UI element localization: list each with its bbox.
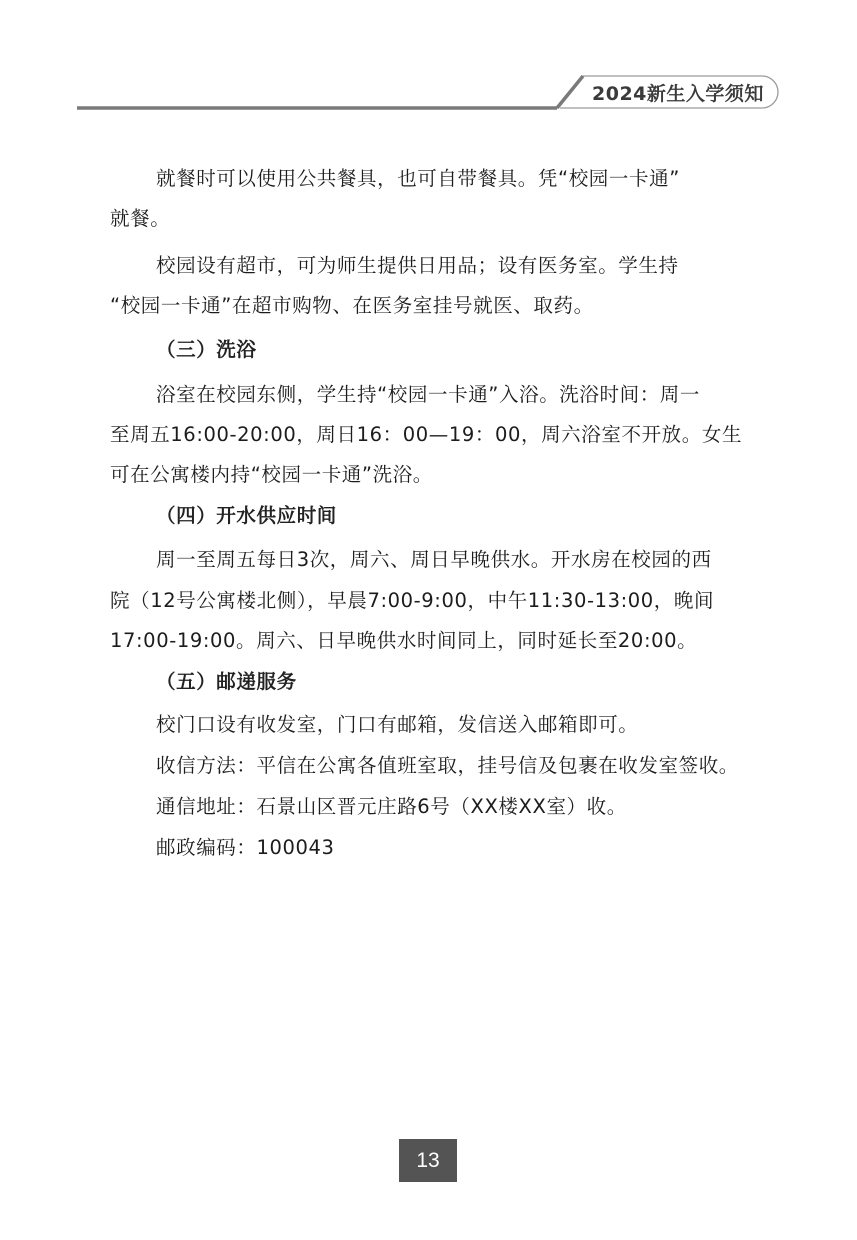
paragraph-line: 浴室在校园东侧，学生持“校园一卡通”入浴。洗浴时间：周一 — [156, 381, 700, 409]
header-decoration — [0, 0, 857, 130]
paragraph-line: 可在公寓楼内持“校园一卡通”洗浴。 — [110, 461, 433, 489]
paragraph-line: 就餐时可以使用公共餐具，也可自带餐具。凭“校园一卡通” — [156, 165, 680, 193]
paragraph-line: 邮政编码：100043 — [156, 834, 335, 862]
paragraph-line: 周一至周五每日3次，周六、周日早晚供水。开水房在校园的西 — [156, 546, 712, 574]
paragraph-line: 院（12号公寓楼北侧），早晨7:00-9:00，中午11:30-13:00，晚间 — [110, 587, 714, 615]
paragraph-line: 17:00-19:00。周六、日早晚供水时间同上，同时延长至20:00。 — [110, 627, 697, 655]
paragraph-line: 校门口设有收发室，门口有邮箱，发信送入邮箱即可。 — [156, 711, 638, 739]
paragraph-line: 至周五16:00-20:00，周日16：00—19：00，周六浴室不开放。女生 — [110, 421, 742, 449]
paragraph-line: 通信地址：石景山区晋元庄路6号（XX楼XX室）收。 — [156, 793, 627, 821]
paragraph-line: “校园一卡通”在超市购物、在医务室挂号就医、取药。 — [110, 292, 594, 320]
section-heading-bathing: （三）洗浴 — [156, 336, 257, 364]
paragraph-line: 就餐。 — [110, 205, 170, 233]
page-number: 13 — [399, 1139, 457, 1182]
section-heading-water: （四）开水供应时间 — [156, 502, 337, 530]
header-slant-line — [557, 76, 583, 108]
header-title: 2024新生入学须知 — [592, 79, 772, 109]
paragraph-line: 收信方法：平信在公寓各值班室取，挂号信及包裹在收发室签收。 — [156, 752, 739, 780]
section-heading-postal: （五）邮递服务 — [156, 668, 297, 696]
paragraph-line: 校园设有超市，可为师生提供日用品；设有医务室。学生持 — [156, 252, 679, 280]
